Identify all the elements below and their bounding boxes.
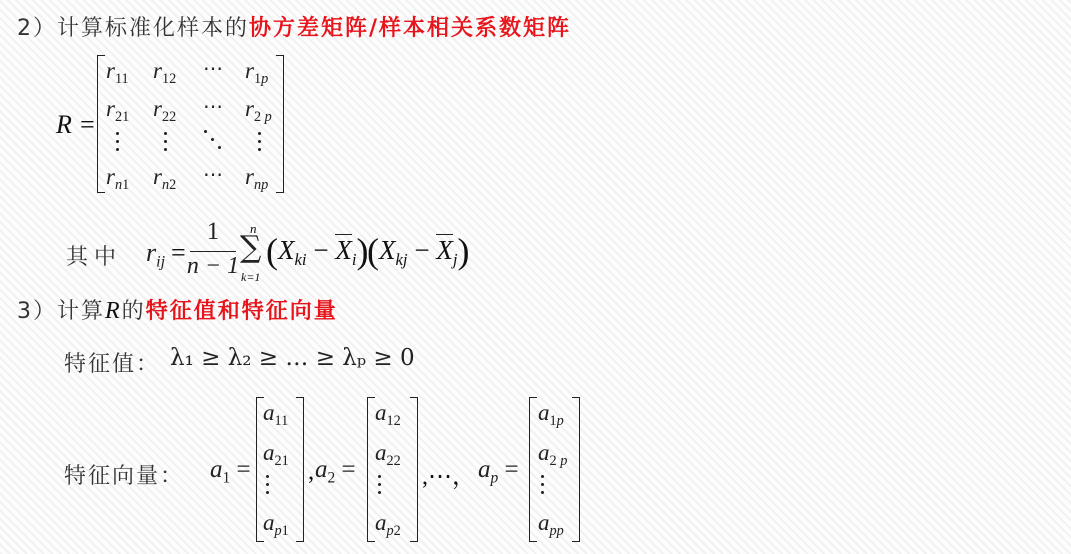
matrix-label: R = <box>56 110 96 140</box>
vector-ap-label: ap = <box>478 456 519 487</box>
matrix-cell-r22: r22 <box>153 96 176 126</box>
formula-term2: (Xkj − Xj) <box>367 230 469 272</box>
vector-a2-entry-2: a22 <box>375 440 401 470</box>
matrix-left-bracket <box>97 55 105 193</box>
eigenvalues-label: 特征值： <box>64 347 160 378</box>
matrix-cell-r12: r12 <box>153 58 176 88</box>
vector-a1-right-bracket <box>296 397 304 542</box>
sum-lower-limit: k=1 <box>241 270 260 285</box>
separator-ellipsis: ,⋯， <box>422 456 476 491</box>
separator-comma: , <box>308 458 314 486</box>
matrix-cell-rn1: rn1 <box>106 164 129 194</box>
matrix-cell-rn2: rn2 <box>153 164 176 194</box>
step2-heading: 2）计算标准化样本的协方差矩阵/样本相关系数矩阵 <box>17 11 571 42</box>
vector-a2-vdots <box>378 475 382 499</box>
vector-ap-right-bracket <box>572 397 580 542</box>
vector-a2-right-bracket <box>410 397 418 542</box>
step3-heading: 3）计算R的特征值和特征向量 <box>17 294 338 325</box>
vector-ap-vdots <box>541 475 545 499</box>
vector-ap-entry-2: a2 p <box>538 440 567 470</box>
matrix-cell-hdots: ⋯ <box>203 56 223 81</box>
matrix-ddots <box>204 130 224 152</box>
matrix-cell-r11: r11 <box>106 58 129 88</box>
formula-lhs: rij <box>146 238 165 272</box>
matrix-vdots <box>258 132 262 156</box>
formula-equals: = <box>171 238 186 268</box>
step2-heading-prefix: 2）计算标准化样本的 <box>17 16 249 41</box>
eigenvectors-label: 特征向量： <box>64 459 184 490</box>
formula-denominator: n − 1 <box>186 253 240 280</box>
matrix-cell-rnp: rnp <box>245 164 268 194</box>
formula-numerator: 1 <box>190 218 236 246</box>
eigenvalues-expression: λ₁ ≥ λ₂ ≥ … ≥ λₚ ≥ 0 <box>170 345 415 371</box>
vector-a1-label: a1 = <box>210 456 251 487</box>
matrix-cell-hdots: ⋯ <box>203 94 223 119</box>
matrix-vdots <box>164 132 168 156</box>
step3-heading-mid: 的 <box>122 299 146 324</box>
matrix-cell-r2p: r2 p <box>245 96 272 126</box>
vector-a1-entry-2: a21 <box>263 440 289 470</box>
vector-a2-left-bracket <box>367 397 375 542</box>
matrix-cell-hdots: ⋯ <box>203 162 223 187</box>
sigma-icon: ∑ <box>240 232 261 264</box>
step3-heading-var: R <box>105 298 122 324</box>
step3-heading-prefix: 3）计算 <box>17 299 105 324</box>
matrix-cell-r21: r21 <box>106 96 129 126</box>
where-label: 其中 <box>66 240 122 271</box>
matrix-vdots <box>116 132 120 156</box>
vector-a2-entry-p: ap2 <box>375 510 401 540</box>
vector-ap-entry-1: a1p <box>538 400 564 430</box>
vector-a2-label: a2 = <box>315 456 356 487</box>
step2-heading-highlight: 协方差矩阵/样本相关系数矩阵 <box>249 16 571 41</box>
step3-heading-highlight: 特征值和特征向量 <box>146 299 338 324</box>
vector-a1-entry-p: ap1 <box>263 510 289 540</box>
matrix-cell-r1p: r1p <box>245 58 268 88</box>
vector-ap-entry-p: app <box>538 510 564 540</box>
vector-ap-left-bracket <box>529 397 537 542</box>
vector-a1-vdots <box>266 475 270 499</box>
vector-a1-entry-1: a11 <box>263 400 288 430</box>
matrix-right-bracket <box>276 55 284 193</box>
vector-a2-entry-1: a12 <box>375 400 401 430</box>
formula-term1: (Xki − Xi) <box>266 230 368 272</box>
